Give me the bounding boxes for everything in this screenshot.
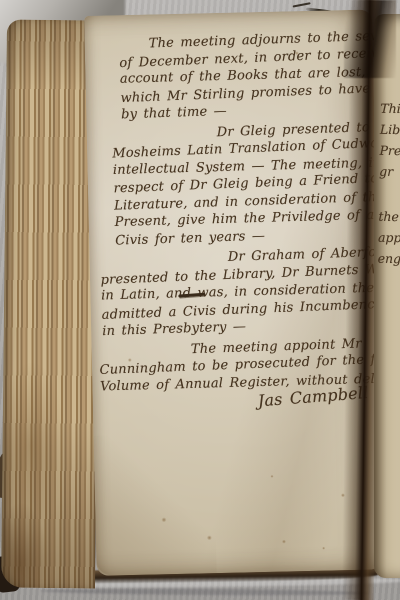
paragraph: Dr Graham of Aberfoyle, —presented to th… (100, 244, 367, 340)
facing-line-fragment: eng (378, 248, 400, 269)
foxing-spot (282, 540, 286, 544)
facing-line-fragment: This (380, 98, 400, 119)
facing-line-fragment: app (378, 227, 400, 248)
cloth-wrinkle (40, 588, 370, 596)
facing-page: ThisLibrPresgrtheappeng (374, 14, 400, 578)
facing-line-fragment: the (378, 206, 400, 227)
photo-of-manuscript-book: { "manuscript": { "paragraphs": [ { "lin… (0, 0, 400, 600)
paragraph: Dr Gleig presented to the LibraryMosheim… (112, 119, 364, 250)
manuscript-page: The meeting adjourns to the seventh Dayo… (84, 9, 385, 575)
facing-line-fragment: Libr (380, 119, 400, 140)
facing-page-text: ThisLibrPresgrtheappeng (378, 98, 400, 269)
page-corner-shade (94, 433, 217, 576)
facing-line-fragment: gr (379, 161, 400, 182)
foxing-spot (270, 475, 273, 478)
foxing-spot (161, 517, 166, 522)
paragraph: The meeting adjourns to the seventh Dayo… (118, 29, 359, 124)
manuscript-text: The meeting adjourns to the seventh Dayo… (107, 29, 369, 416)
gutter-top-shadow (344, 0, 396, 78)
facing-line-fragment: Pres (379, 140, 400, 161)
foxing-spot (322, 547, 325, 550)
